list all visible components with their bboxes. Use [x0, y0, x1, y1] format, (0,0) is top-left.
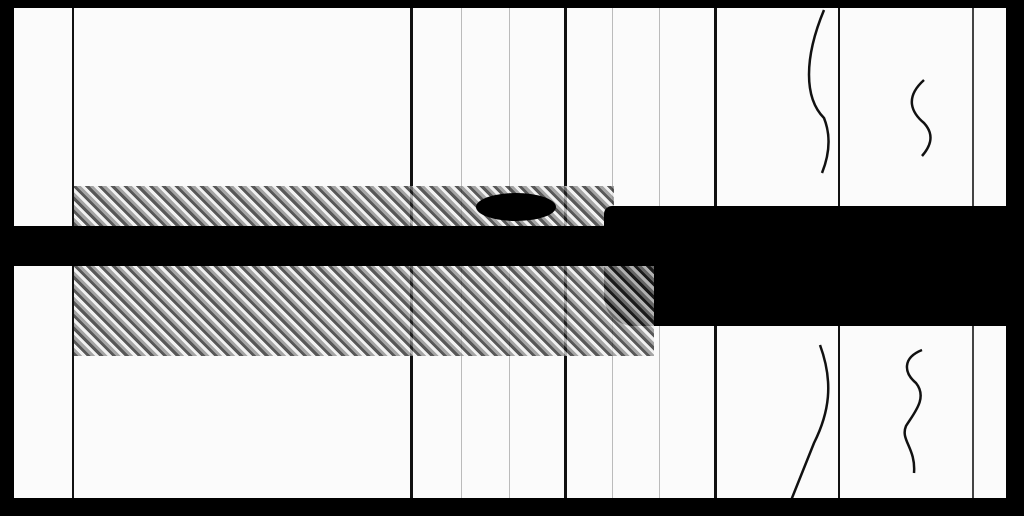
- ditto-squiggle-top: [904, 78, 944, 158]
- bracket-curve-top: [804, 8, 844, 178]
- dark-damage-right: [604, 206, 1006, 326]
- damaged-area-lower: [74, 266, 654, 356]
- ditto-squiggle-bottom: [894, 348, 934, 478]
- bracket-curve-bottom: [784, 343, 834, 498]
- census-page: [14, 8, 1006, 498]
- dark-blot: [476, 193, 556, 221]
